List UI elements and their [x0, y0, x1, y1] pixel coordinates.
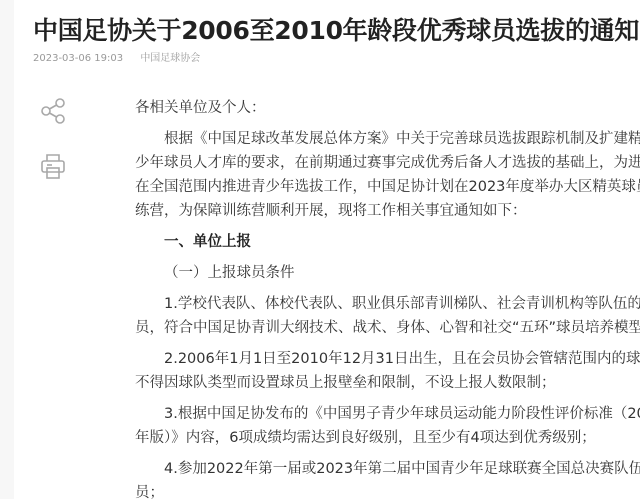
paragraph-line: 员；: [135, 481, 630, 499]
paragraph-line: 4.参加2022年第一届或2023年第二届中国青少年足球联赛全国总决赛队伍的球: [135, 457, 630, 481]
publish-datetime: 2023-03-06 19:03: [33, 53, 123, 64]
intro-paragraph: 根据《中国足球改革发展总体方案》中关于完善球员选拔跟踪机制及扩建精英青 少年球员…: [135, 127, 630, 223]
paragraph-line: 少年球员人才库的要求，在前期通过赛事完成优秀后备人才选拔的基础上，为进一步: [135, 151, 630, 175]
page-left-margin: [0, 0, 14, 499]
paragraph-line: 2.2006年1月1日至2010年12月31日出生，且在会员协会管辖范围内的球员…: [135, 347, 630, 371]
paragraph-line: 员，符合中国足协青训大纲技术、战术、身体、心智和社交“五环”球员培养模型；: [135, 316, 630, 340]
condition-item-1: 1.学校代表队、体校代表队、职业俱乐部青训梯队、社会青训机构等队伍的球 员，符合…: [135, 292, 630, 340]
paragraph-line: 3.根据中国足协发布的《中国男子青少年球员运动能力阶段性评价标准（2021: [135, 402, 630, 426]
article-body: 各相关单位及个人： 根据《中国足球改革发展总体方案》中关于完善球员选拔跟踪机制及…: [135, 96, 630, 499]
paragraph-line: 在全国范围内推进青少年选拔工作，中国足协计划在2023年度举办大区精英球员训: [135, 175, 630, 199]
section-heading: 一、单位上报: [135, 230, 630, 254]
article-meta: 2023-03-06 19:03 中国足球协会: [33, 52, 200, 66]
paragraph-line: 1.学校代表队、体校代表队、职业俱乐部青训梯队、社会青训机构等队伍的球: [135, 292, 630, 316]
printer-icon[interactable]: [40, 152, 66, 180]
article-source[interactable]: 中国足球协会: [140, 53, 200, 64]
paragraph-line: 不得因球队类型而设置球员上报壁垒和限制，不设上报人数限制；: [135, 371, 630, 395]
paragraph-line: 根据《中国足球改革发展总体方案》中关于完善球员选拔跟踪机制及扩建精英青: [135, 127, 630, 151]
subsection-heading: （一）上报球员条件: [135, 261, 630, 285]
paragraph-line: 年版）》内容，6项成绩均需达到良好级别，且至少有4项达到优秀级别；: [135, 426, 630, 450]
article-title: 中国足协关于2006至2010年龄段优秀球员选拔的通知: [33, 13, 639, 49]
condition-item-4: 4.参加2022年第一届或2023年第二届中国青少年足球联赛全国总决赛队伍的球 …: [135, 457, 630, 499]
share-icon[interactable]: [40, 98, 66, 124]
salutation: 各相关单位及个人：: [135, 96, 630, 120]
condition-item-3: 3.根据中国足协发布的《中国男子青少年球员运动能力阶段性评价标准（2021 年版…: [135, 402, 630, 450]
condition-item-2: 2.2006年1月1日至2010年12月31日出生，且在会员协会管辖范围内的球员…: [135, 347, 630, 395]
paragraph-line: 练营，为保障训练营顺利开展，现将工作相关事宜通知如下：: [135, 199, 630, 223]
